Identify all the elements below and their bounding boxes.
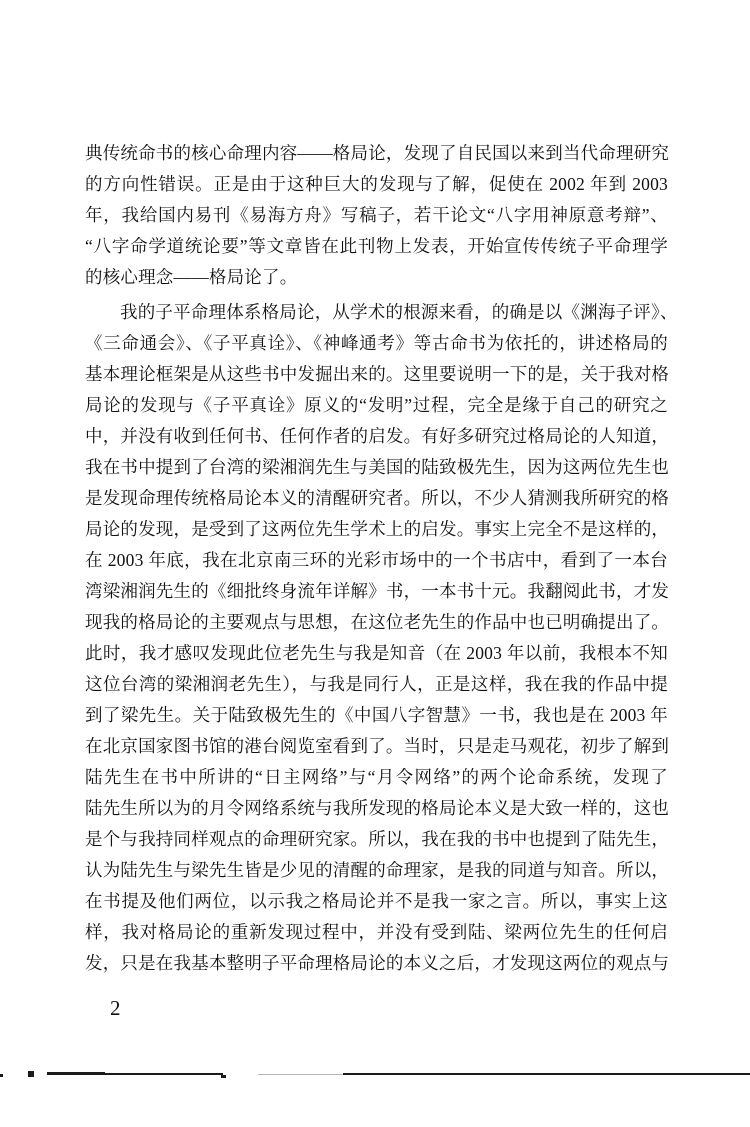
text-line: 典传统命书的核心命理内容——格局论，发现了自民国以来到当代命理研究 (85, 138, 668, 169)
text-line: 基本理论框架是从这些书中发掘出来的。这里要说明一下的是，关于我对格 (85, 359, 668, 390)
text-line: 发，只是在我基本整明子平命理格局论的本义之后，才发现这两位的观点与 (85, 948, 668, 979)
text-line: 在书提及他们两位，以示我之格局论并不是我一家之言。所以，事实上这 (85, 886, 668, 917)
text-line: 现我的格局论的主要观点与思想，在这位老先生的作品中也已明确提出了。 (85, 607, 668, 638)
text-line: 这位台湾的梁湘润老先生），与我是同行人，正是这样，我在我的作品中提 (85, 669, 668, 700)
scanned-book-page: 典传统命书的核心命理内容——格局论，发现了自民国以来到当代命理研究的方向性错误。… (0, 0, 750, 1127)
text-line: “八字命学道统论要”等文章皆在此刊物上发表，开始宣传传统子平命理学 (85, 231, 668, 262)
text-line: 此时，我才感叹发现此位老先生与我是知音（在 2003 年以前，我根本不知 (85, 638, 668, 669)
text-line: 中，并没有收到任何书、任何作者的启发。有好多研究过格局论的人知道， (85, 421, 668, 452)
text-line: 样，我对格局论的重新发现过程中，并没有受到陆、梁两位先生的任何启 (85, 917, 668, 948)
text-line: 是个与我持同样观点的命理研究家。所以，我在我的书中也提到了陆先生， (85, 824, 668, 855)
scan-artifact-speck (663, 341, 666, 343)
scan-artifact-dot (28, 1071, 34, 1077)
text-line: 局论的发现与《子平真诠》原义的“发明”过程，完全是缘于自己的研究之 (85, 390, 668, 421)
page-number: 2 (110, 996, 121, 1021)
text-line: 我在书中提到了台湾的梁湘润先生与美国的陆致极先生，因为这两位先生也 (85, 452, 668, 483)
scan-artifact-line (47, 1072, 105, 1075)
text-line: 局论的发现，是受到了这两位先生学术上的启发。事实上完全不是这样的， (85, 514, 668, 545)
text-line: 是发现命理传统格局论本义的清醒研究者。所以，不少人猜测我所研究的格 (85, 483, 668, 514)
text-line: 认为陆先生与梁先生皆是少见的清醒的命理家，是我的同道与知音。所以， (85, 855, 668, 886)
text-line: 陆先生所以为的月令网络系统与我所发现的格局论本义是大致一样的，这也 (85, 793, 668, 824)
text-line: 《三命通会》、《子平真诠》、《神峰通考》等古命书为依托的，讲述格局的 (85, 328, 668, 359)
text-line: 陆先生在书中所讲的“日主网络”与“月令网络”的两个论命系统，发现了 (85, 762, 668, 793)
scan-artifact-line (103, 1073, 223, 1075)
text-line: 年，我给国内易刊《易海方舟》写稿子，若干论文“八字用神原意考辩”、 (85, 200, 668, 231)
scan-artifact-dot (0, 1074, 3, 1077)
scan-artifact-tick (221, 1075, 226, 1078)
page-body-text: 典传统命书的核心命理内容——格局论，发现了自民国以来到当代命理研究的方向性错误。… (85, 138, 668, 979)
text-line: 在 2003 年底，我在北京南三环的光彩市场中的一个书店中，看到了一本台 (85, 545, 668, 576)
text-line: 的方向性错误。正是由于这种巨大的发现与了解，促使在 2002 年到 2003 (85, 169, 668, 200)
text-line: 我的子平命理体系格局论，从学术的根源来看，的确是以《渊海子评》、 (85, 297, 668, 328)
scan-artifact-line-faint (258, 1074, 343, 1075)
text-line: 到了梁先生。关于陆致极先生的《中国八字智慧》一书，我也是在 2003 年 (85, 700, 668, 731)
text-line: 在北京国家图书馆的港台阅览室看到了。当时，只是走马观花，初步了解到 (85, 731, 668, 762)
scan-artifact-line (343, 1073, 750, 1075)
text-line: 的核心理念——格局论了。 (85, 262, 668, 293)
text-line: 湾梁湘润先生的《细批终身流年详解》书，一本书十元。我翻阅此书，才发 (85, 576, 668, 607)
